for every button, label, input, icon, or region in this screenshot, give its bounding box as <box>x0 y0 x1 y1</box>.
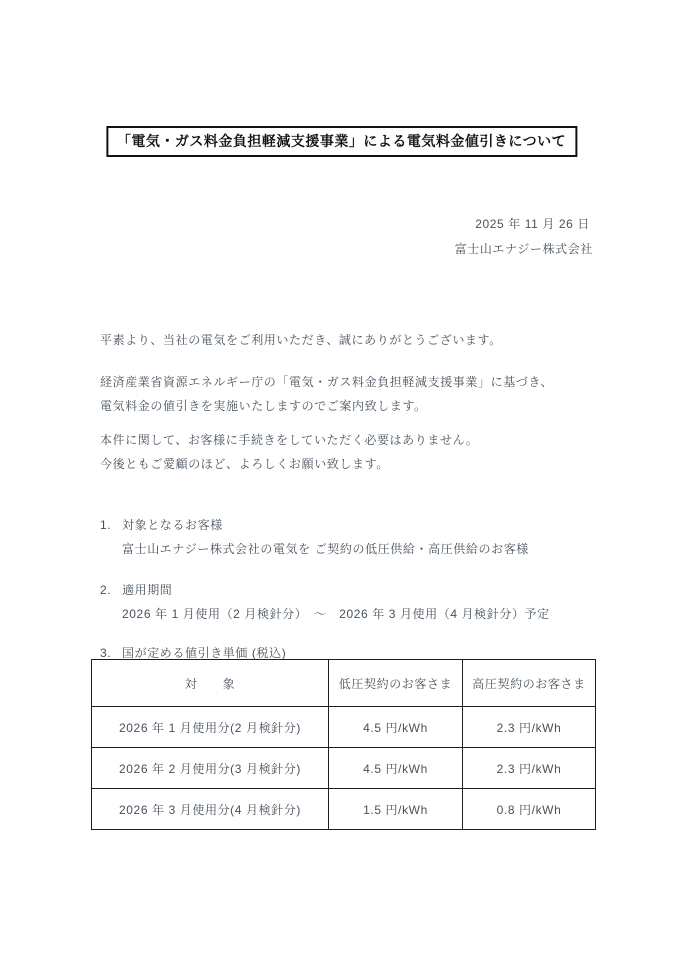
row-3-low-voltage-rate: 1.5 円/kWh <box>329 789 463 830</box>
company-name: 富士山エナジー株式会社 <box>455 240 593 257</box>
table-row: 2026 年 1 月使用分(2 月検針分) 4.5 円/kWh 2.3 円/kW… <box>92 707 596 748</box>
row-2-low-voltage-rate: 4.5 円/kWh <box>329 748 463 789</box>
row-3-period: 2026 年 3 月使用分(4 月検針分) <box>92 789 329 830</box>
list-item-target-customers: 1.対象となるお客様 富士山エナジー株式会社の電気を ご契約の低圧供給・高圧供給… <box>100 513 529 561</box>
list-item-2-number: 2. <box>100 578 122 602</box>
table-row: 2026 年 2 月使用分(3 月検針分) 4.5 円/kWh 2.3 円/kW… <box>92 748 596 789</box>
row-1-high-voltage-rate: 2.3 円/kWh <box>463 707 596 748</box>
list-item-1-title: 対象となるお客様 <box>122 518 223 532</box>
row-1-period: 2026 年 1 月使用分(2 月検針分) <box>92 707 329 748</box>
list-item-application-period: 2.適用期間 2026 年 1 月使用（2 月検針分） ～ 2026 年 3 月… <box>100 578 550 626</box>
list-item-2-heading: 2.適用期間 <box>100 578 550 602</box>
table-row: 2026 年 3 月使用分(4 月検針分) 1.5 円/kWh 0.8 円/kW… <box>92 789 596 830</box>
row-3-high-voltage-rate: 0.8 円/kWh <box>463 789 596 830</box>
greeting-paragraph: 平素より、当社の電気をご利用いただき、誠にありがとうございます。 <box>100 328 502 352</box>
row-2-period: 2026 年 2 月使用分(3 月検針分) <box>92 748 329 789</box>
intro-line-2: 電気料金の値引きを実施いたしますのでご案内致します。 <box>100 394 553 418</box>
intro-line-1: 経済産業省資源エネルギー庁の「電気・ガス料金負担軽減支援事業」に基づき、 <box>100 370 553 394</box>
list-item-1-number: 1. <box>100 513 122 537</box>
note-paragraph: 本件に関して、お客様に手続きをしていただく必要はありません。 今後ともご愛顧のほ… <box>100 428 478 476</box>
table-header-row: 対 象 低圧契約のお客さま 高圧契約のお客さま <box>92 660 596 707</box>
list-item-1-body: 富士山エナジー株式会社の電気を ご契約の低圧供給・高圧供給のお客様 <box>122 537 529 561</box>
table-header-low-voltage: 低圧契約のお客さま <box>329 660 463 707</box>
note-line-2: 今後ともご愛顧のほど、よろしくお願い致します。 <box>100 452 478 476</box>
list-item-2-body: 2026 年 1 月使用（2 月検針分） ～ 2026 年 3 月使用（4 月検… <box>122 602 550 626</box>
row-2-high-voltage-rate: 2.3 円/kWh <box>463 748 596 789</box>
document-date: 2025 年 11 月 26 日 <box>475 215 590 232</box>
list-item-2-title: 適用期間 <box>122 583 172 597</box>
note-line-1: 本件に関して、お客様に手続きをしていただく必要はありません。 <box>100 428 478 452</box>
list-item-1-heading: 1.対象となるお客様 <box>100 513 529 537</box>
discount-rate-table: 対 象 低圧契約のお客さま 高圧契約のお客さま 2026 年 1 月使用分(2 … <box>91 659 596 830</box>
table-header-target: 対 象 <box>92 660 329 707</box>
list-item-3-title: 国が定める値引き単価 (税込) <box>122 646 286 660</box>
document-page: 「電気・ガス料金負担軽減支援事業」による電気料金値引きについて 2025 年 1… <box>0 0 683 967</box>
table-header-high-voltage: 高圧契約のお客さま <box>463 660 596 707</box>
intro-paragraph: 経済産業省資源エネルギー庁の「電気・ガス料金負担軽減支援事業」に基づき、 電気料… <box>100 370 553 418</box>
row-1-low-voltage-rate: 4.5 円/kWh <box>329 707 463 748</box>
document-title: 「電気・ガス料金負担軽減支援事業」による電気料金値引きについて <box>106 126 577 157</box>
